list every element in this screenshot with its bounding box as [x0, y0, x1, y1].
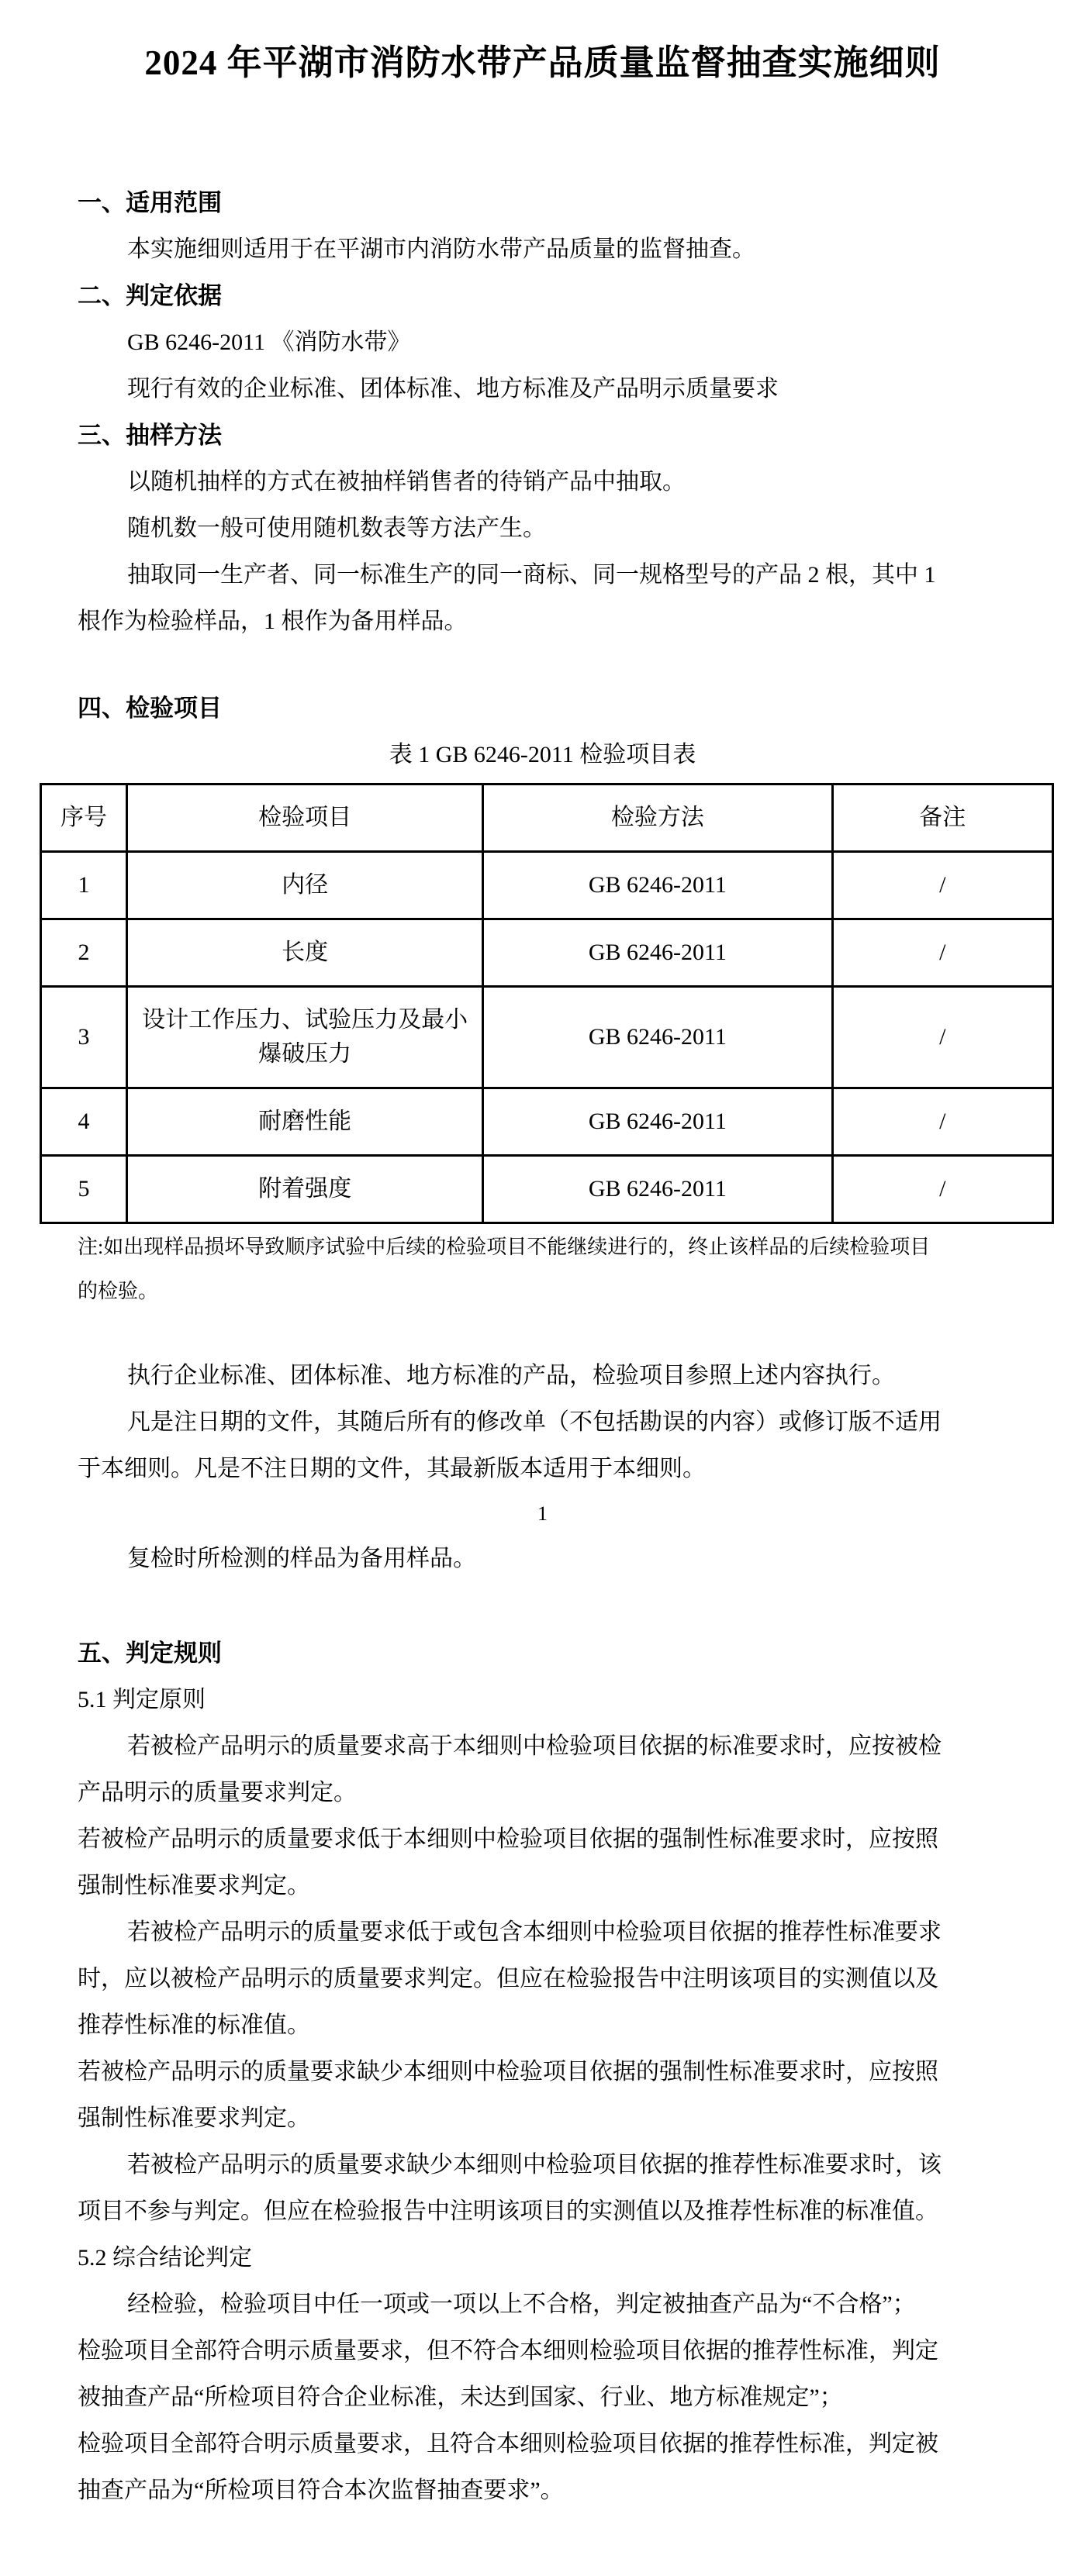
paragraph-line: 根作为检验样品，1 根作为备用样品。 [78, 598, 1007, 645]
cell-remark: / [832, 1088, 1053, 1156]
subsection-heading-5-1: 5.1 判定原则 [78, 1677, 1007, 1723]
table-header-row: 序号 检验项目 检验方法 备注 [41, 785, 1053, 852]
cell-no: 3 [41, 987, 127, 1088]
column-header-item: 检验项目 [126, 785, 482, 852]
column-header-method: 检验方法 [483, 785, 832, 852]
page-number: 1 [78, 1492, 1007, 1536]
column-header-no: 序号 [41, 785, 127, 852]
paragraph-line: 若被检产品明示的质量要求低于或包含本细则中检验项目依据的推荐性标准要求 [78, 1909, 1007, 1956]
paragraph-line: 抽取同一生产者、同一标准生产的同一商标、同一规格型号的产品 2 根，其中 1 [78, 552, 1007, 598]
cell-no: 2 [41, 919, 127, 987]
table-note-line: 注:如出现样品损坏导致顺序试验中后续的检验项目不能继续进行的，终止该样品的后续检… [78, 1226, 1007, 1268]
cell-remark: / [832, 852, 1053, 919]
cell-remark: / [832, 919, 1053, 987]
cell-method: GB 6246-2011 [483, 987, 832, 1088]
cell-method: GB 6246-2011 [483, 852, 832, 919]
cell-item: 长度 [126, 919, 482, 987]
cell-method: GB 6246-2011 [483, 1088, 832, 1156]
paragraph-line: 产品明示的质量要求判定。 [78, 1770, 1007, 1816]
paragraph-line: GB 6246-2011 《消防水带》 [78, 319, 1007, 366]
paragraph-line: 检验项目全部符合明示质量要求，且符合本细则检验项目依据的推荐性标准，判定被 [78, 2421, 1007, 2467]
paragraph-line: 若被检产品明示的质量要求缺少本细则中检验项目依据的强制性标准要求时，应按照 [78, 2049, 1007, 2095]
paragraph-line: 若被检产品明示的质量要求高于本细则中检验项目依据的标准要求时，应按被检 [78, 1723, 1007, 1770]
paragraph-line: 推荐性标准的标准值。 [78, 2002, 1007, 2049]
section-heading-1: 一、适用范围 [78, 180, 1007, 226]
cell-method: GB 6246-2011 [483, 919, 832, 987]
inspection-items-table: 序号 检验项目 检验方法 备注 1 内径 GB 6246-2011 / 2 长度… [40, 783, 1054, 1224]
section-heading-4: 四、检验项目 [78, 685, 1007, 732]
paragraph-line: 被抽查产品“所检项目符合企业标准，未达到国家、行业、地方标准规定”； [78, 2374, 1007, 2421]
table-row: 1 内径 GB 6246-2011 / [41, 852, 1053, 919]
cell-method: GB 6246-2011 [483, 1156, 832, 1223]
paragraph-line: 强制性标准要求判定。 [78, 2095, 1007, 2142]
paragraph-line: 项目不参与判定。但应在检验报告中注明该项目的实测值以及推荐性标准的标准值。 [78, 2188, 1007, 2235]
paragraph-line: 以随机抽样的方式在被抽样销售者的待销产品中抽取。 [78, 459, 1007, 505]
paragraph-line: 本实施细则适用于在平湖市内消防水带产品质量的监督抽查。 [78, 226, 1007, 273]
cell-item: 耐磨性能 [126, 1088, 482, 1156]
paragraph-line: 强制性标准要求判定。 [78, 1863, 1007, 1909]
table-note-line: 的检验。 [78, 1270, 1007, 1312]
cell-item: 内径 [126, 852, 482, 919]
cell-no: 1 [41, 852, 127, 919]
cell-item: 附着强度 [126, 1156, 482, 1223]
cell-remark: / [832, 987, 1053, 1088]
paragraph-line: 时，应以被检产品明示的质量要求判定。但应在检验报告中注明该项目的实测值以及 [78, 1956, 1007, 2002]
paragraph-line: 若被检产品明示的质量要求缺少本细则中检验项目依据的推荐性标准要求时，该 [78, 2142, 1007, 2188]
section-heading-3: 三、抽样方法 [78, 412, 1007, 459]
document-page: 2024 年平湖市消防水带产品质量监督抽查实施细则 一、适用范围 本实施细则适用… [0, 0, 1085, 2576]
cell-item: 设计工作压力、试验压力及最小爆破压力 [126, 987, 482, 1088]
table-row: 5 附着强度 GB 6246-2011 / [41, 1156, 1053, 1223]
paragraph-line: 执行企业标准、团体标准、地方标准的产品，检验项目参照上述内容执行。 [78, 1353, 1007, 1399]
cell-no: 5 [41, 1156, 127, 1223]
paragraph-line: 于本细则。凡是不注日期的文件，其最新版本适用于本细则。 [78, 1446, 1007, 1492]
paragraph-line: 现行有效的企业标准、团体标准、地方标准及产品明示质量要求 [78, 366, 1007, 412]
paragraph-line: 若被检产品明示的质量要求低于本细则中检验项目依据的强制性标准要求时，应按照 [78, 1816, 1007, 1863]
paragraph-line: 随机数一般可使用随机数表等方法产生。 [78, 505, 1007, 552]
subsection-heading-5-2: 5.2 综合结论判定 [78, 2235, 1007, 2281]
table-row: 2 长度 GB 6246-2011 / [41, 919, 1053, 987]
section-heading-2: 二、判定依据 [78, 273, 1007, 319]
paragraph-line: 复检时所检测的样品为备用样品。 [78, 1536, 1007, 1582]
section-heading-5: 五、判定规则 [78, 1630, 1007, 1677]
paragraph-line: 凡是注日期的文件，其随后所有的修改单（不包括勘误的内容）或修订版不适用 [78, 1399, 1007, 1446]
table-caption: 表 1 GB 6246-2011 检验项目表 [78, 732, 1007, 778]
paragraph-line: 抽查产品为“所检项目符合本次监督抽查要求”。 [78, 2467, 1007, 2514]
column-header-remark: 备注 [832, 785, 1053, 852]
cell-remark: / [832, 1156, 1053, 1223]
table-row: 3 设计工作压力、试验压力及最小爆破压力 GB 6246-2011 / [41, 987, 1053, 1088]
paragraph-line: 检验项目全部符合明示质量要求，但不符合本细则检验项目依据的推荐性标准，判定 [78, 2328, 1007, 2374]
paragraph-line: 经检验，检验项目中任一项或一项以上不合格，判定被抽查产品为“不合格”； [78, 2281, 1007, 2328]
cell-no: 4 [41, 1088, 127, 1156]
table-row: 4 耐磨性能 GB 6246-2011 / [41, 1088, 1053, 1156]
document-title: 2024 年平湖市消防水带产品质量监督抽查实施细则 [78, 37, 1007, 88]
